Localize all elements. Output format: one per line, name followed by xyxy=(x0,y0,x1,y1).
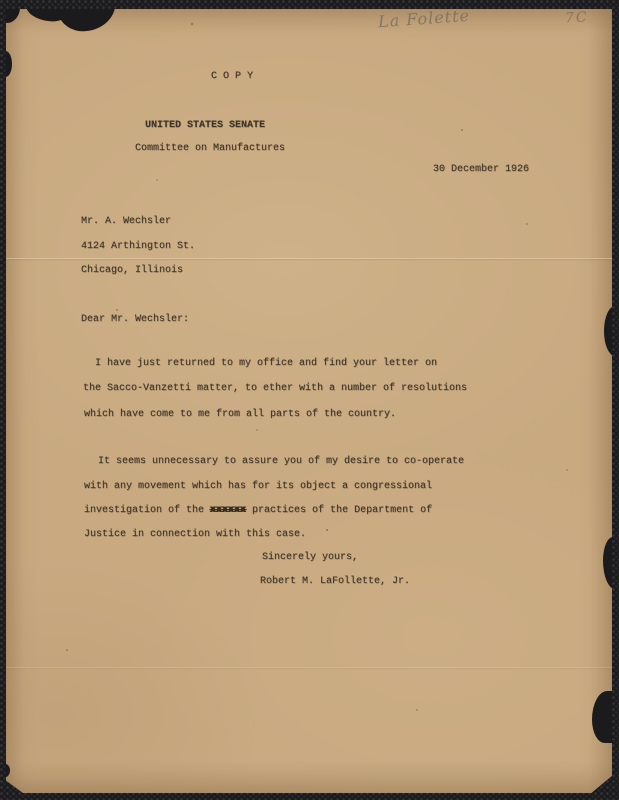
pencil-annotation-name: La Folette xyxy=(377,9,470,31)
letter-paper: C O P Y UNITED STATES SENATE Committee o… xyxy=(6,9,612,793)
paper-hole xyxy=(6,764,10,777)
body-line: investigation of the xxxxxx practices of… xyxy=(84,505,432,516)
paper-hole xyxy=(604,306,612,356)
scan-background: C O P Y UNITED STATES SENATE Committee o… xyxy=(0,0,619,800)
body-line-post: practices of the Department of xyxy=(246,505,432,516)
struck-word: xxxxxx xyxy=(210,505,246,516)
paper-crease xyxy=(6,258,612,259)
body-line-pre: investigation of the xyxy=(84,505,210,516)
body-line: I have just returned to my office and fi… xyxy=(95,358,437,369)
body-line: which have come to me from all parts of … xyxy=(84,409,396,420)
body-line: with any movement which has for its obje… xyxy=(84,481,432,492)
sender-committee: Committee on Manufactures xyxy=(135,143,285,154)
paper-hole xyxy=(592,691,612,743)
valediction: Sincerely yours, xyxy=(262,552,358,563)
recipient-city: Chicago, Illinois xyxy=(81,265,183,276)
paper-hole xyxy=(603,537,612,589)
salutation: Dear Mr. Wechsler: xyxy=(81,314,189,325)
signature: Robert M. LaFollette, Jr. xyxy=(260,576,410,587)
letter-date: 30 December 1926 xyxy=(433,164,529,175)
body-line: the Sacco-Vanzetti matter, to ether with… xyxy=(83,383,467,394)
torn-edge xyxy=(6,51,12,77)
copy-label: C O P Y xyxy=(211,71,253,82)
torn-edge xyxy=(56,9,117,33)
pencil-annotation-number: 7C xyxy=(565,9,589,26)
body-line: Justice in connection with this case. xyxy=(84,529,306,540)
paper-crease xyxy=(6,667,612,668)
body-line: It seems unnecessary to assure you of my… xyxy=(98,456,464,467)
torn-edge xyxy=(6,9,20,23)
sender-organization: UNITED STATES SENATE xyxy=(145,120,265,131)
recipient-street: 4124 Arthington St. xyxy=(81,241,195,252)
recipient-name: Mr. A. Wechsler xyxy=(81,216,171,227)
